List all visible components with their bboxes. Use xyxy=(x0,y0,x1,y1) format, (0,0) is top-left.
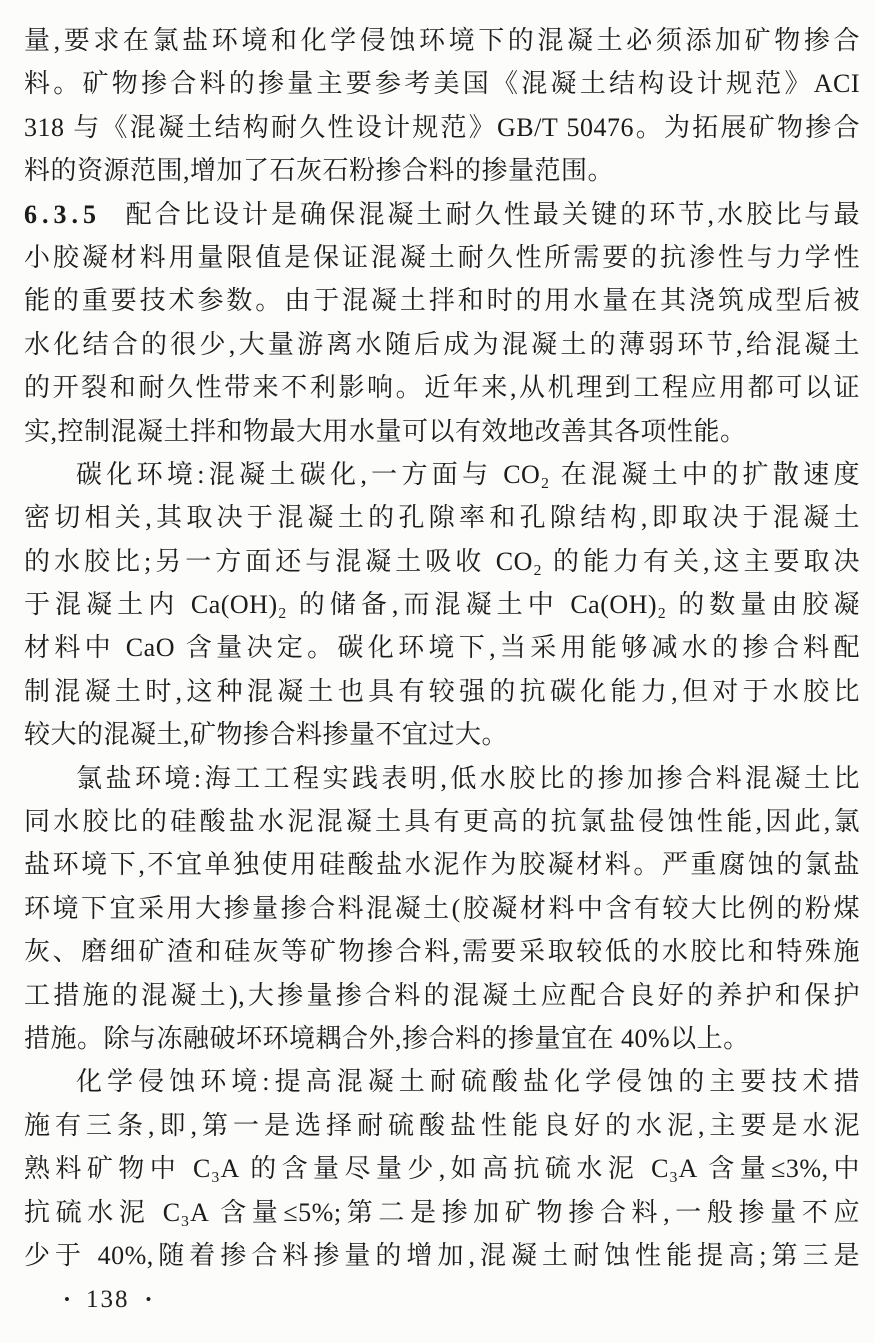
paragraph-6-3-5: 6.3.5配合比设计是确保混凝土耐久性最关键的环节,水胶比与最 小胶凝材料用量限… xyxy=(24,193,860,453)
paragraph-carbonation: 碳化环境:混凝土碳化,一方面与 CO₂ 在混凝土中的扩散速度 密切相关,其取决于… xyxy=(24,453,860,757)
text-line: 318 与《混凝土结构耐久性设计规范》GB/T 50476。为拓展矿物掺合 xyxy=(24,106,860,149)
text-line: 较大的混凝土,矿物掺合料掺量不宜过大。 xyxy=(24,713,860,756)
page-footer: • 138 • xyxy=(48,1283,167,1317)
text-line: 水化结合的很少,大量游离水随后成为混凝土的薄弱环节,给混凝土 xyxy=(24,323,860,366)
text-block: 量,要求在氯盐环境和化学侵蚀环境下的混凝土必须添加矿物掺合 料。矿物掺合料的掺量… xyxy=(24,19,860,1277)
text-line: 小胶凝材料用量限值是保证混凝土耐久性所需要的抗渗性与力学性 xyxy=(24,236,860,279)
text-line: 措施。除与冻融破坏环境耦合外,掺合料的掺量宜在 40%以上。 xyxy=(24,1017,860,1060)
text-line: 料的资源范围,增加了石灰石粉掺合料的掺量范围。 xyxy=(24,149,860,192)
bullet-icon: • xyxy=(64,1283,70,1317)
text-line: 量,要求在氯盐环境和化学侵蚀环境下的混凝土必须添加矿物掺合 xyxy=(24,19,860,62)
text-line: 同水胶比的硅酸盐水泥混凝土具有更高的抗氯盐侵蚀性能,因此,氯 xyxy=(24,800,860,843)
text-line: 材料中 CaO 含量决定。碳化环境下,当采用能够减水的掺合料配 xyxy=(24,626,860,669)
paragraph-chloride: 氯盐环境:海工工程实践表明,低水胶比的掺加掺合料混凝土比 同水胶比的硅酸盐水泥混… xyxy=(24,757,860,1061)
bullet-icon: • xyxy=(145,1283,151,1317)
text-line: 实,控制混凝土拌和物最大用水量可以有效地改善其各项性能。 xyxy=(24,410,860,453)
text-line: 施有三条,即,第一是选择耐硫酸盐性能良好的水泥,主要是水泥 xyxy=(24,1104,860,1147)
section-number: 6.3.5 xyxy=(24,200,101,229)
paragraph-chemical-attack: 化学侵蚀环境:提高混凝土耐硫酸盐化学侵蚀的主要技术措 施有三条,即,第一是选择耐… xyxy=(24,1060,860,1277)
text-line: 制混凝土时,这种混凝土也具有较强的抗碳化能力,但对于水胶比 xyxy=(24,670,860,713)
text-line: 的水胶比;另一方面还与混凝土吸收 CO₂ 的能力有关,这主要取决 xyxy=(24,540,860,583)
text-line: 盐环境下,不宜单独使用硅酸盐水泥作为胶凝材料。严重腐蚀的氯盐 xyxy=(24,843,860,886)
text-line: 化学侵蚀环境:提高混凝土耐硫酸盐化学侵蚀的主要技术措 xyxy=(24,1060,860,1103)
text-line: 抗硫水泥 C₃A 含量≤5%;第二是掺加矿物掺合料,一般掺量不应 xyxy=(24,1191,860,1234)
text-line: 料。矿物掺合料的掺量主要参考美国《混凝土结构设计规范》ACI xyxy=(24,62,860,105)
text-line: 的开裂和耐久性带来不利影响。近年来,从机理到工程应用都可以证 xyxy=(24,366,860,409)
text-line: 6.3.5配合比设计是确保混凝土耐久性最关键的环节,水胶比与最 xyxy=(24,193,860,236)
text-line: 氯盐环境:海工工程实践表明,低水胶比的掺加掺合料混凝土比 xyxy=(24,757,860,800)
text-line: 密切相关,其取决于混凝土的孔隙率和孔隙结构,即取决于混凝土 xyxy=(24,496,860,539)
text-line: 少于 40%,随着掺合料掺量的增加,混凝土耐蚀性能提高;第三是 xyxy=(24,1234,860,1277)
text-line: 能的重要技术参数。由于混凝土拌和时的用水量在其浇筑成型后被 xyxy=(24,279,860,322)
text-line: 碳化环境:混凝土碳化,一方面与 CO₂ 在混凝土中的扩散速度 xyxy=(24,453,860,496)
text-line: 于混凝土内 Ca(OH)₂ 的储备,而混凝土中 Ca(OH)₂ 的数量由胶凝 xyxy=(24,583,860,626)
section-text: 配合比设计是确保混凝土耐久性最关键的环节,水胶比与最 xyxy=(123,200,860,229)
page-number: 138 xyxy=(86,1283,130,1317)
text-line: 灰、磨细矿渣和硅灰等矿物掺合料,需要采取较低的水胶比和特殊施 xyxy=(24,930,860,973)
text-line: 环境下宜采用大掺量掺合料混凝土(胶凝材料中含有较大比例的粉煤 xyxy=(24,887,860,930)
paragraph-continuation: 量,要求在氯盐环境和化学侵蚀环境下的混凝土必须添加矿物掺合 料。矿物掺合料的掺量… xyxy=(24,19,860,193)
text-line: 工措施的混凝土),大掺量掺合料的混凝土应配合良好的养护和保护 xyxy=(24,974,860,1017)
text-line: 熟料矿物中 C₃A 的含量尽量少,如高抗硫水泥 C₃A 含量≤3%,中 xyxy=(24,1147,860,1190)
document-page: 量,要求在氯盐环境和化学侵蚀环境下的混凝土必须添加矿物掺合 料。矿物掺合料的掺量… xyxy=(0,0,874,1343)
